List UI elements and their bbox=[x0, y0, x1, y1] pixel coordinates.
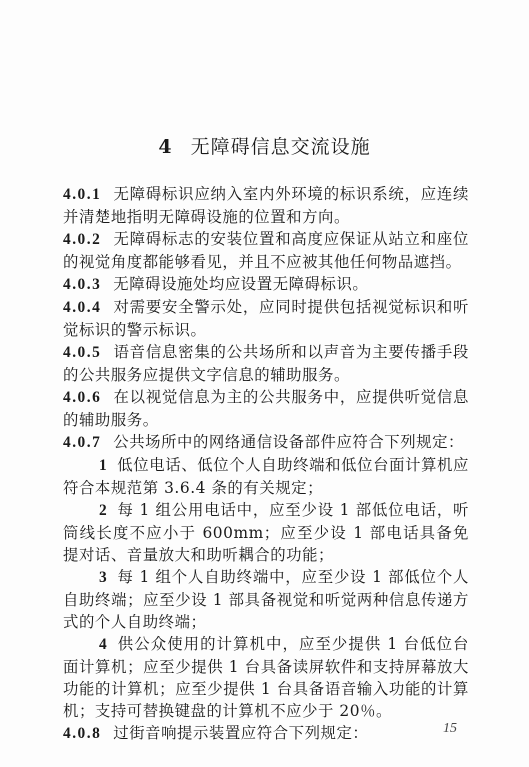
clause-number: 4.0.8 bbox=[63, 725, 101, 742]
document-page: 4无障碍信息交流设施 4.0.1无障碍标识应纳入室内外环境的标识系统，应连续并清… bbox=[0, 0, 529, 767]
item-number: 2 bbox=[99, 502, 107, 519]
list-item: 2每 1 组公用电话中，应至少设 1 部低位电话，听筒线长度不应小于 600mm… bbox=[63, 499, 469, 566]
list-item: 4供公众使用的计算机中，应至少提供 1 台低位台面计算机；应至少提供 1 台具备… bbox=[63, 633, 469, 722]
clause-number: 4.0.1 bbox=[63, 186, 101, 203]
clause-4-0-6: 4.0.6在以视觉信息为主的公共服务中，应提供听觉信息的辅助服务。 bbox=[63, 386, 469, 431]
clause-4-0-8: 4.0.8过街音响提示装置应符合下列规定： bbox=[63, 722, 469, 745]
page-number: 15 bbox=[443, 721, 457, 737]
item-text: 供公众使用的计算机中，应至少提供 1 台低位台面计算机；应至少提供 1 台具备读… bbox=[63, 635, 469, 720]
item-number: 3 bbox=[99, 569, 107, 586]
clause-number: 4.0.6 bbox=[63, 389, 101, 406]
item-text: 每 1 组个人自助终端中，应至少设 1 部低位个人自助终端；应至少设 1 部具备… bbox=[63, 568, 469, 631]
clause-4-0-1: 4.0.1无障碍标识应纳入室内外环境的标识系统，应连续并清楚地指明无障碍设施的位… bbox=[63, 183, 469, 228]
clause-number: 4.0.5 bbox=[63, 344, 101, 361]
clause-number: 4.0.3 bbox=[63, 276, 101, 293]
clause-number: 4.0.7 bbox=[63, 434, 101, 451]
chapter-heading: 4无障碍信息交流设施 bbox=[0, 132, 529, 159]
clause-text: 无障碍设施处均应设置无障碍标识。 bbox=[113, 275, 368, 293]
item-text: 低位电话、低位个人自助终端和低位台面计算机应符合本规范第 3.6.4 条的有关规… bbox=[63, 456, 469, 497]
item-number: 4 bbox=[99, 636, 107, 653]
chapter-title-text: 无障碍信息交流设施 bbox=[191, 136, 371, 158]
item-text: 每 1 组公用电话中，应至少设 1 部低位电话，听筒线长度不应小于 600mm；… bbox=[63, 501, 469, 564]
item-number: 1 bbox=[99, 457, 107, 474]
clause-number: 4.0.2 bbox=[63, 231, 101, 248]
chapter-number: 4 bbox=[158, 136, 172, 158]
clause-text: 语音信息密集的公共场所和以声音为主要传播手段的公共服务应提供文字信息的辅助服务。 bbox=[63, 343, 469, 384]
clause-4-0-2: 4.0.2无障碍标志的安装位置和高度应保证从站立和座位的视觉角度都能够看见，并且… bbox=[63, 228, 469, 273]
clause-text: 在以视觉信息为主的公共服务中，应提供听觉信息的辅助服务。 bbox=[63, 388, 469, 429]
clause-text: 无障碍标识应纳入室内外环境的标识系统，应连续并清楚地指明无障碍设施的位置和方向。 bbox=[63, 185, 469, 226]
list-item: 1低位电话、低位个人自助终端和低位台面计算机应符合本规范第 3.6.4 条的有关… bbox=[63, 454, 469, 499]
clause-4-0-5: 4.0.5语音信息密集的公共场所和以声音为主要传播手段的公共服务应提供文字信息的… bbox=[63, 341, 469, 386]
clause-number: 4.0.4 bbox=[63, 299, 101, 316]
clause-4-0-3: 4.0.3无障碍设施处均应设置无障碍标识。 bbox=[63, 273, 469, 296]
clause-text: 公共场所中的网络通信设备部件应符合下列规定： bbox=[113, 433, 464, 451]
clause-text: 无障碍标志的安装位置和高度应保证从站立和座位的视觉角度都能够看见，并且不应被其他… bbox=[63, 230, 469, 271]
clause-4-0-4: 4.0.4对需要安全警示处，应同时提供包括视觉标识和听觉标识的警示标识。 bbox=[63, 296, 469, 341]
clause-text: 过街音响提示装置应符合下列规定： bbox=[113, 724, 368, 742]
list-item: 3每 1 组个人自助终端中，应至少设 1 部低位个人自助终端；应至少设 1 部具… bbox=[63, 566, 469, 633]
clause-4-0-7: 4.0.7公共场所中的网络通信设备部件应符合下列规定： bbox=[63, 431, 469, 454]
chapter-body: 4.0.1无障碍标识应纳入室内外环境的标识系统，应连续并清楚地指明无障碍设施的位… bbox=[63, 183, 469, 745]
clause-text: 对需要安全警示处，应同时提供包括视觉标识和听觉标识的警示标识。 bbox=[63, 298, 469, 339]
